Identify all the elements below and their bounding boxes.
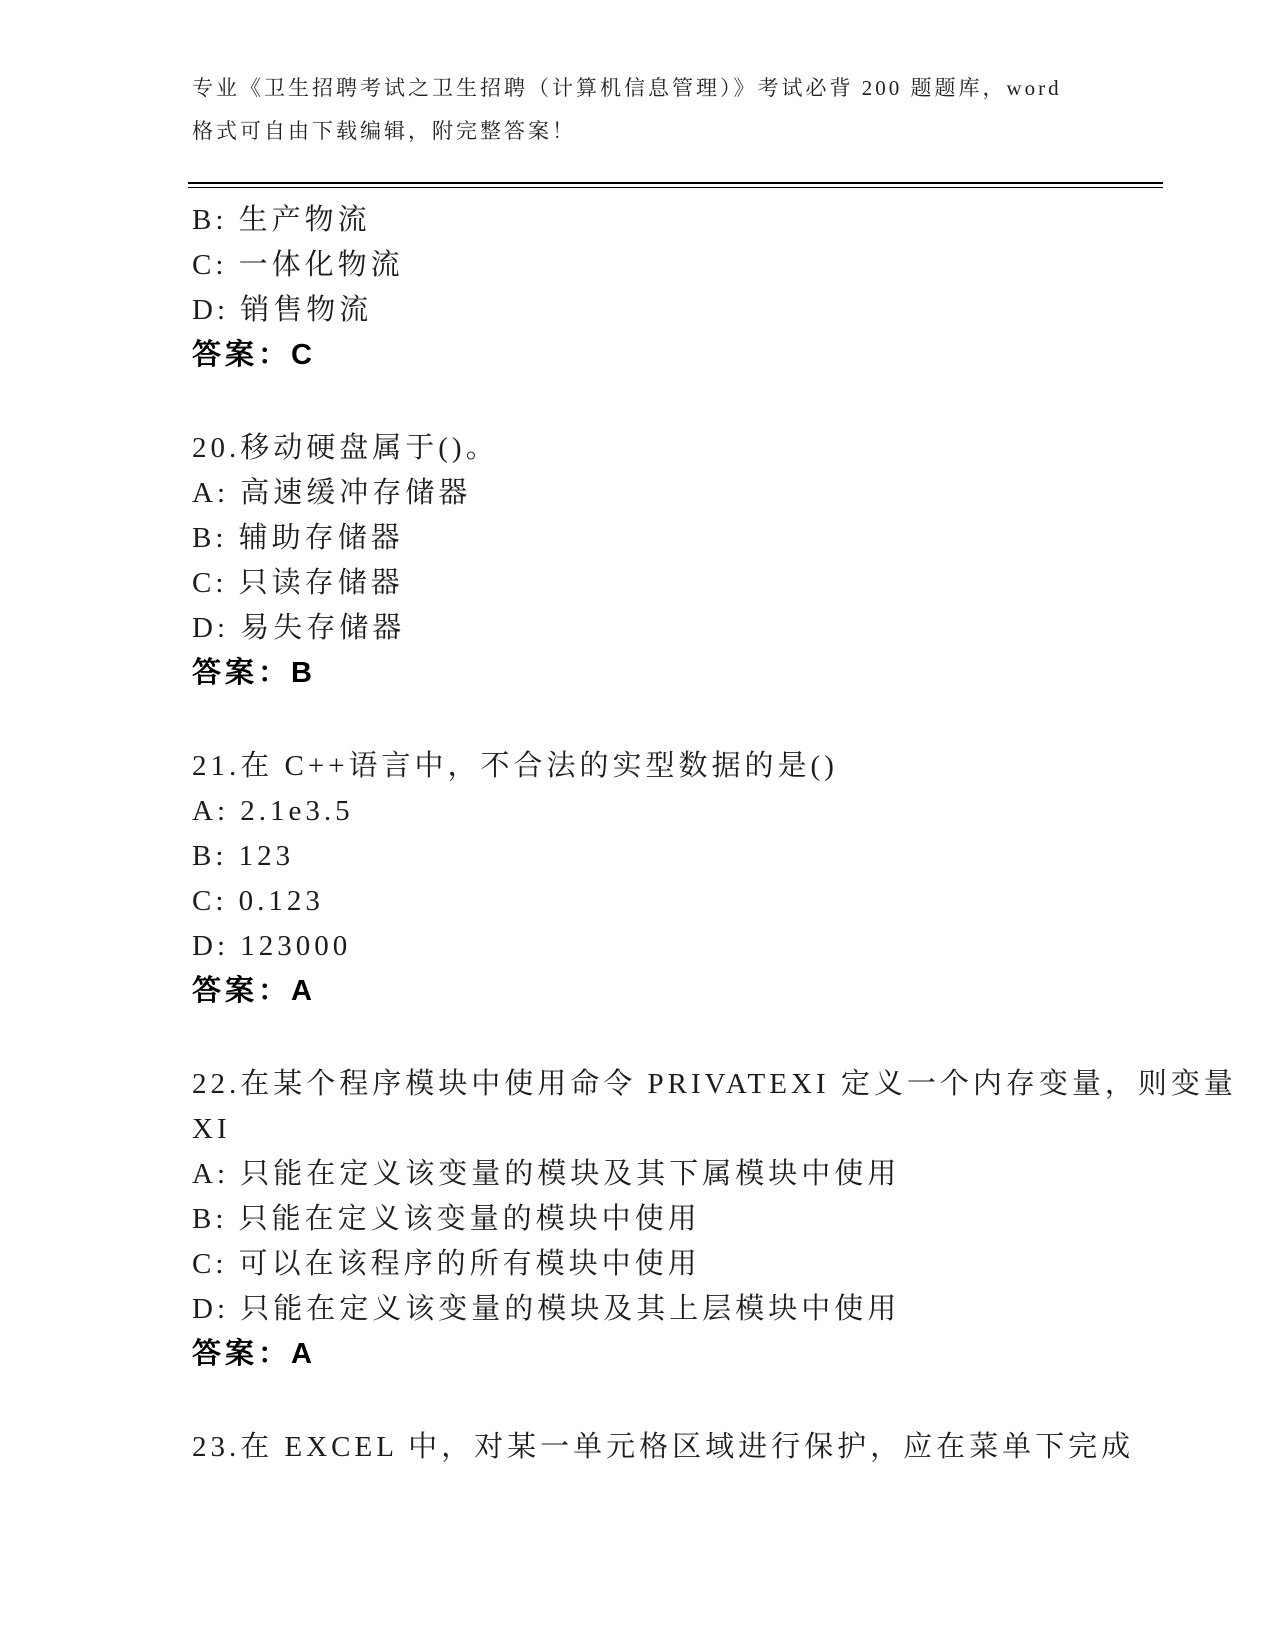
header-line: 专业《卫生招聘考试之卫生招聘（计算机信息管理）》考试必背 200 题题库，wor…	[192, 67, 1167, 110]
option-line: A: 高速缓冲存储器	[192, 471, 1167, 516]
question-block-22: 22.在某个程序模块中使用命令 PRIVATEXI 定义一个内存变量，则变量 X…	[192, 1062, 1167, 1377]
header-line: 格式可自由下载编辑，附完整答案！	[192, 110, 1167, 153]
document-header: 专业《卫生招聘考试之卫生招聘（计算机信息管理）》考试必背 200 题题库，wor…	[192, 67, 1167, 153]
question-block-23: 23.在 EXCEL 中，对某一单元格区域进行保护，应在菜单下完成	[192, 1425, 1167, 1470]
question-block-20: 20.移动硬盘属于()。 A: 高速缓冲存储器 B: 辅助存储器 C: 只读存储…	[192, 426, 1167, 696]
document-page: 专业《卫生招聘考试之卫生招聘（计算机信息管理）》考试必背 200 题题库，wor…	[0, 0, 1275, 1650]
option-line: B: 123	[192, 834, 1167, 879]
option-line: C: 0.123	[192, 879, 1167, 924]
question-block-19: B: 生产物流 C: 一体化物流 D: 销售物流 答案：C	[192, 198, 1167, 378]
option-line: D: 只能在定义该变量的模块及其上层模块中使用	[192, 1287, 1167, 1332]
answer-line: 答案：B	[192, 651, 1167, 696]
question-stem: 22.在某个程序模块中使用命令 PRIVATEXI 定义一个内存变量，则变量	[192, 1062, 1167, 1107]
question-stem: 20.移动硬盘属于()。	[192, 426, 1167, 471]
option-line: C: 只读存储器	[192, 561, 1167, 606]
question-stem: 21.在 C++语言中，不合法的实型数据的是()	[192, 744, 1167, 789]
question-stem: 23.在 EXCEL 中，对某一单元格区域进行保护，应在菜单下完成	[192, 1425, 1167, 1470]
answer-line: 答案：C	[192, 333, 1167, 378]
questions-area: B: 生产物流 C: 一体化物流 D: 销售物流 答案：C 20.移动硬盘属于(…	[192, 198, 1167, 1470]
option-line: A: 2.1e3.5	[192, 789, 1167, 834]
option-line: D: 销售物流	[192, 288, 1167, 333]
option-line: C: 可以在该程序的所有模块中使用	[192, 1242, 1167, 1287]
option-line: A: 只能在定义该变量的模块及其下属模块中使用	[192, 1152, 1167, 1197]
answer-line: 答案：A	[192, 1332, 1167, 1377]
question-stem: XI	[192, 1107, 1167, 1152]
option-line: D: 123000	[192, 924, 1167, 969]
question-block-21: 21.在 C++语言中，不合法的实型数据的是() A: 2.1e3.5 B: 1…	[192, 744, 1167, 1014]
option-line: B: 生产物流	[192, 198, 1167, 243]
answer-line: 答案：A	[192, 969, 1167, 1014]
option-line: C: 一体化物流	[192, 243, 1167, 288]
option-line: D: 易失存储器	[192, 606, 1167, 651]
option-line: B: 只能在定义该变量的模块中使用	[192, 1197, 1167, 1242]
header-divider-rule	[188, 182, 1163, 188]
option-line: B: 辅助存储器	[192, 516, 1167, 561]
